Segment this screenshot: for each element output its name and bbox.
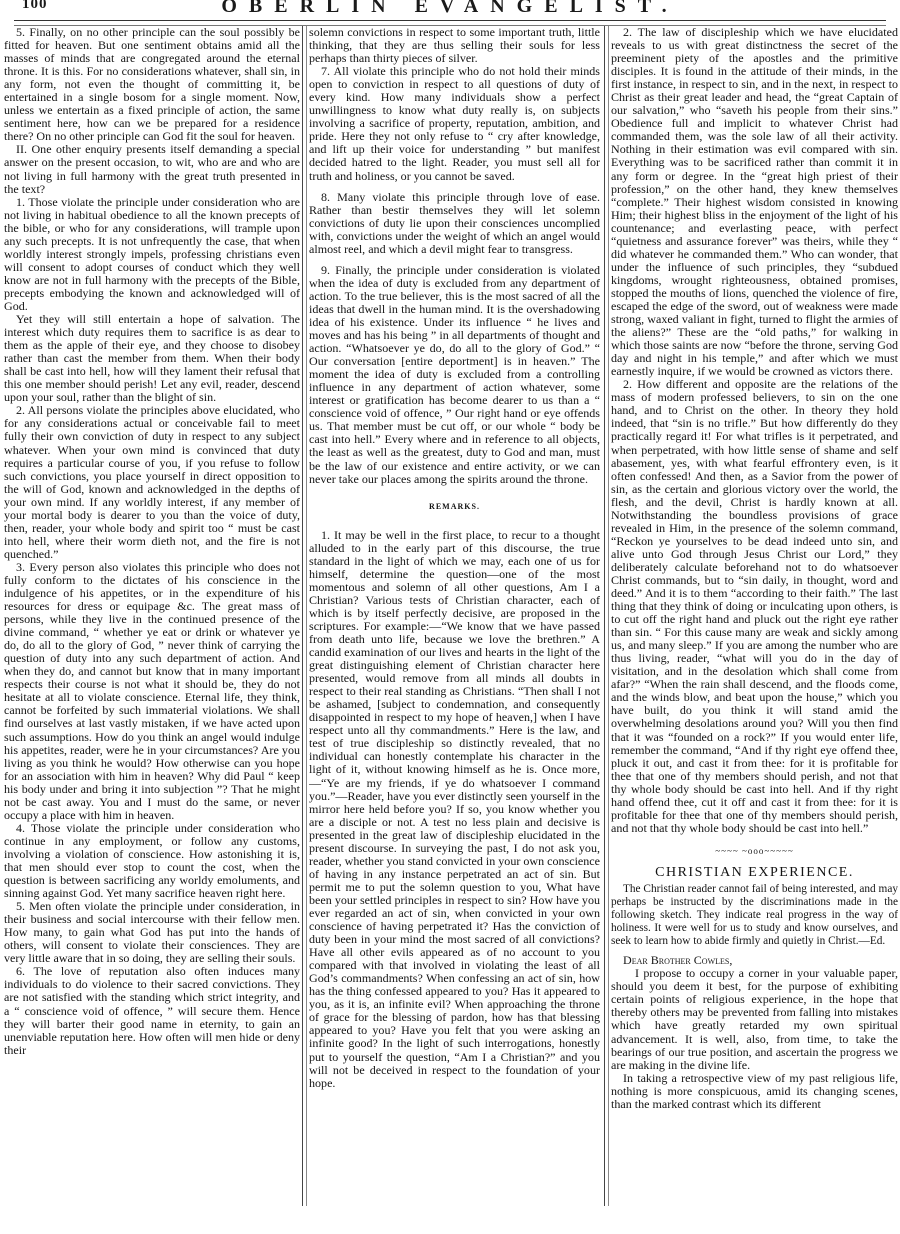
paragraph: 2. All persons violate the principles ab… xyxy=(4,404,300,561)
editor-note: The Christian reader cannot fail of bein… xyxy=(611,883,898,948)
ornament-divider: ~~~~ ~ooo~~~~~ xyxy=(611,845,898,858)
column-divider xyxy=(604,26,609,1206)
paragraph: solemn convictions in respect to some im… xyxy=(309,26,600,65)
paragraph: I propose to occupy a corner in your val… xyxy=(611,967,898,1071)
section-title: CHRISTIAN EXPERIENCE. xyxy=(611,866,898,879)
page-number: 100 xyxy=(22,0,48,13)
newspaper-title: OBERLIN EVANGELIST. xyxy=(150,0,750,18)
paragraph: 2. How different and opposite are the re… xyxy=(611,378,898,835)
paragraph: 2. The law of discipleship which we have… xyxy=(611,26,898,378)
paragraph: 1. It may be well in the first place, to… xyxy=(309,529,600,1090)
paragraph: 5. Finally, on no other principle can th… xyxy=(4,26,300,143)
paragraph: 6. The love of reputation also often ind… xyxy=(4,965,300,1056)
column-right: 2. The law of discipleship which we have… xyxy=(611,26,898,1234)
paragraph: 1. Those violate the principle under con… xyxy=(4,196,300,313)
column-left: 5. Finally, on no other principle can th… xyxy=(4,26,300,1234)
masthead: 100 OBERLIN EVANGELIST. xyxy=(0,0,900,22)
paragraph: 5. Men often violate the principle under… xyxy=(4,900,300,965)
paragraph: 3. Every person also violates this princ… xyxy=(4,561,300,822)
paragraph: II. One other enquiry presents itself de… xyxy=(4,143,300,195)
paragraph: 9. Finally, the principle under consider… xyxy=(309,264,600,486)
paragraph: Yet they will still entertain a hope of … xyxy=(4,313,300,404)
paragraph: 7. All violate this principle who do not… xyxy=(309,65,600,182)
remarks-heading: REMARKS. xyxy=(309,500,600,513)
paragraph: In taking a retrospective view of my pas… xyxy=(611,1072,898,1111)
paragraph: 8. Many violate this principle through l… xyxy=(309,191,600,256)
column-divider xyxy=(302,26,307,1206)
column-middle: solemn convictions in respect to some im… xyxy=(309,26,600,1234)
paragraph: 4. Those violate the principle under con… xyxy=(4,822,300,900)
